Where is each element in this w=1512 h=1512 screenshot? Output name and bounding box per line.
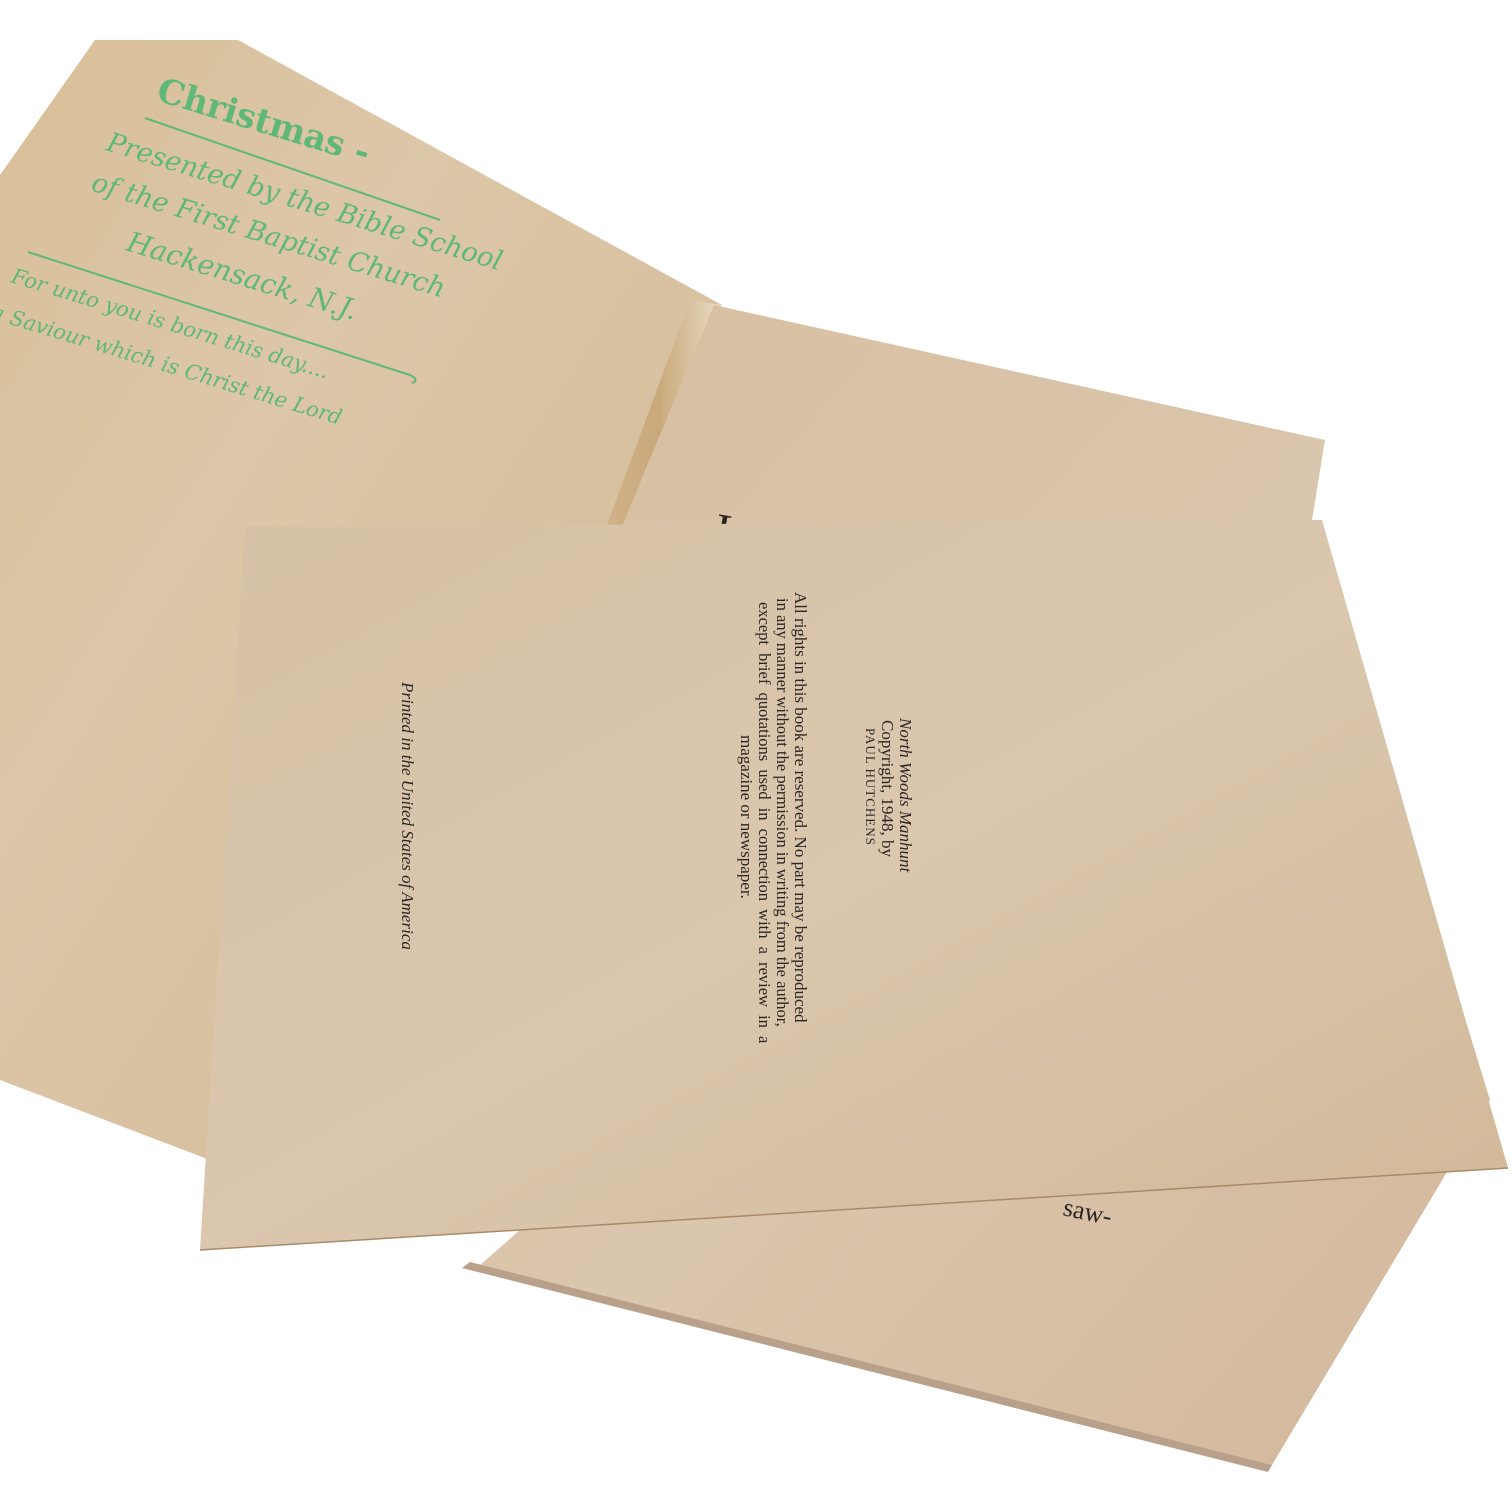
rights-line-2: in any manner without the permission in … bbox=[773, 598, 792, 1027]
rights-line-3: except brief quotations used in connecti… bbox=[755, 602, 774, 1044]
printed-in-label: Printed in the United States of America bbox=[398, 681, 417, 950]
copyright-sheet: Printed in the United States of America … bbox=[200, 520, 1508, 1250]
book-title: North Woods Manhunt bbox=[896, 717, 915, 874]
copyright-line: Copyright, 1948, by bbox=[878, 720, 897, 857]
photo-scene: Christmas - Presented by the Bible Schoo… bbox=[0, 0, 1512, 1512]
rights-line-1: All rights in this book are reserved. No… bbox=[791, 592, 810, 1023]
rights-line-4: magazine or newspaper. bbox=[737, 735, 756, 899]
author-name: Paul Hutchens bbox=[863, 728, 878, 846]
